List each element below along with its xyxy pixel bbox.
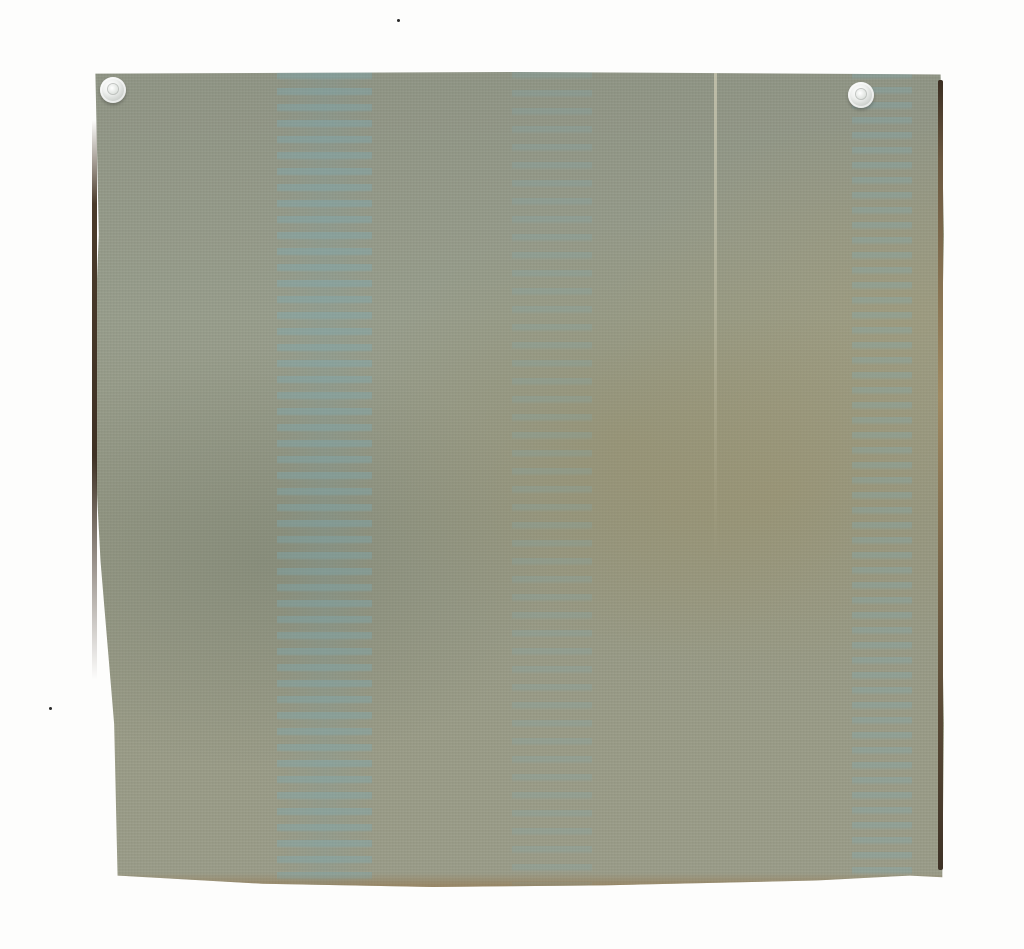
textile-left-edge <box>92 120 97 680</box>
frayed-edge <box>92 873 944 887</box>
pushpin-icon <box>848 82 874 108</box>
dust-speck <box>397 19 400 22</box>
textile-fragment <box>92 72 944 887</box>
photo-background <box>0 0 1024 949</box>
pushpin-icon <box>100 77 126 103</box>
fabric-crease <box>714 72 717 561</box>
woven-pattern-band <box>852 72 912 887</box>
dust-speck <box>49 707 52 710</box>
textile-right-edge <box>938 80 943 870</box>
woven-pattern-band <box>512 72 592 887</box>
woven-pattern-band <box>277 72 372 887</box>
